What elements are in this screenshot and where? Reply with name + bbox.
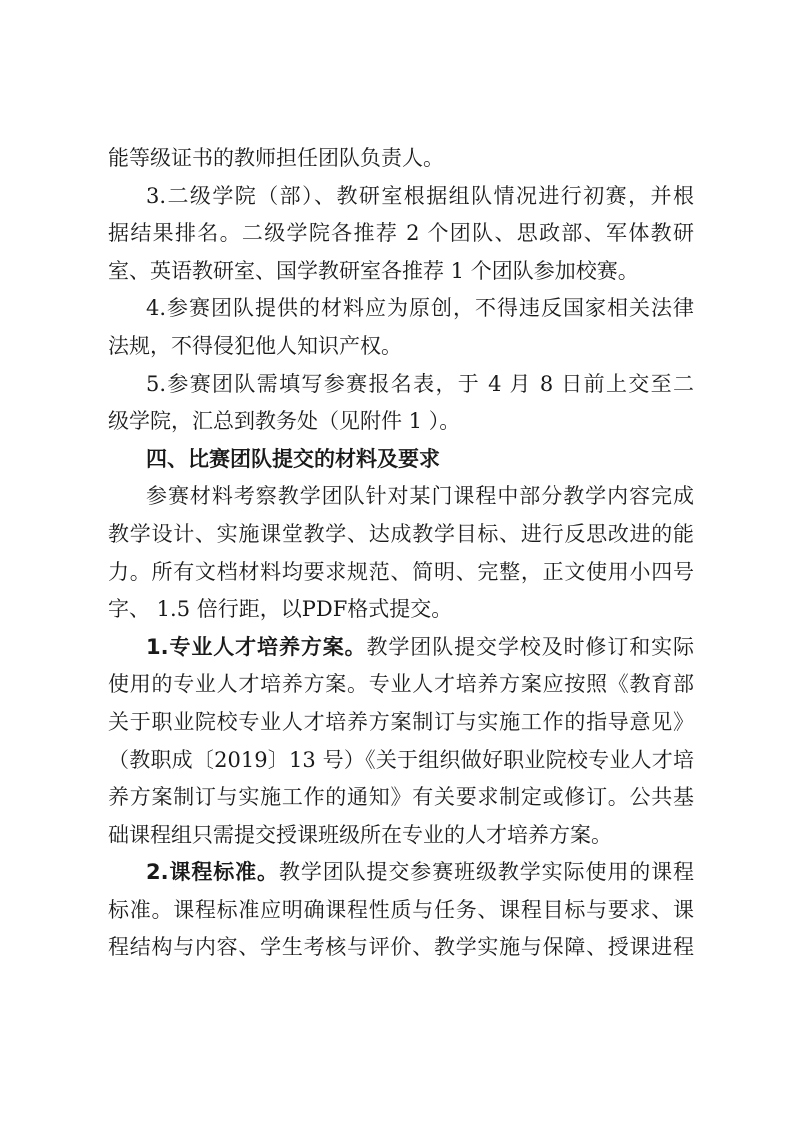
item-2-text: 教学团队提交参赛班级教学实际使用的课程 <box>279 860 694 884</box>
item-2-line: 标准。课程标准应明确课程性质与任务、课程目标与要求、课 <box>108 892 694 930</box>
item-1-line: 关于职业院校专业人才培养方案制订与实施工作的指导意见》 <box>108 704 694 742</box>
intro-line: 参赛材料考察教学团队针对某门课程中部分教学内容完成 <box>108 478 694 516</box>
item-3-line: 3.二级学院（部）、教研室根据组队情况进行初赛，并根 <box>108 178 694 216</box>
item-1-line: 础课程组只需提交授课班级所在专业的人才培养方案。 <box>108 817 694 855</box>
text-line: 能等级证书的教师担任团队负责人。 <box>108 140 694 178</box>
text-line: 据结果排名。二级学院各推荐 2 个团队、思政部、军体教研 <box>108 215 694 253</box>
text-line: 法规，不得侵犯他人知识产权。 <box>108 328 694 366</box>
item-1-line: 养方案制订与实施工作的通知》有关要求制定或修订。公共基 <box>108 779 694 817</box>
item-1-first-line: 1.专业人才培养方案。教学团队提交学校及时修订和实际 <box>108 629 694 667</box>
text-line: 级学院，汇总到教务处（见附件 1 ）。 <box>108 403 694 441</box>
section-heading: 四、比赛团队提交的材料及要求 <box>108 441 694 479</box>
item-1-line: （教职成〔2019〕13 号）《关于组织做好职业院校专业人才培 <box>108 742 694 780</box>
item-1-line: 使用的专业人才培养方案。专业人才培养方案应按照《教育部 <box>108 666 694 704</box>
item-2-first-line: 2.课程标准。教学团队提交参赛班级教学实际使用的课程 <box>108 854 694 892</box>
item-2-title: 2.课程标准。 <box>146 860 279 884</box>
text-line: 室、英语教研室、国学教研室各推荐 1 个团队参加校赛。 <box>108 253 694 291</box>
item-4-line: 4.参赛团队提供的材料应为原创，不得违反国家相关法律 <box>108 290 694 328</box>
item-1-title: 1.专业人才培养方案。 <box>146 635 367 659</box>
item-2-line: 程结构与内容、学生考核与评价、教学实施与保障、授课进程 <box>108 929 694 967</box>
document-page: 能等级证书的教师担任团队负责人。 3.二级学院（部）、教研室根据组队情况进行初赛… <box>108 140 694 967</box>
intro-line: 力。所有文档材料均要求规范、简明、完整，正文使用小四号 <box>108 554 694 592</box>
item-5-line: 5.参赛团队需填写参赛报名表，于 4 月 8 日前上交至二 <box>108 366 694 404</box>
intro-line: 字、 1.5 倍行距，以PDF格式提交。 <box>108 591 694 629</box>
item-1-text: 教学团队提交学校及时修订和实际 <box>367 635 695 659</box>
intro-line: 教学设计、实施课堂教学、达成教学目标、进行反思改进的能 <box>108 516 694 554</box>
